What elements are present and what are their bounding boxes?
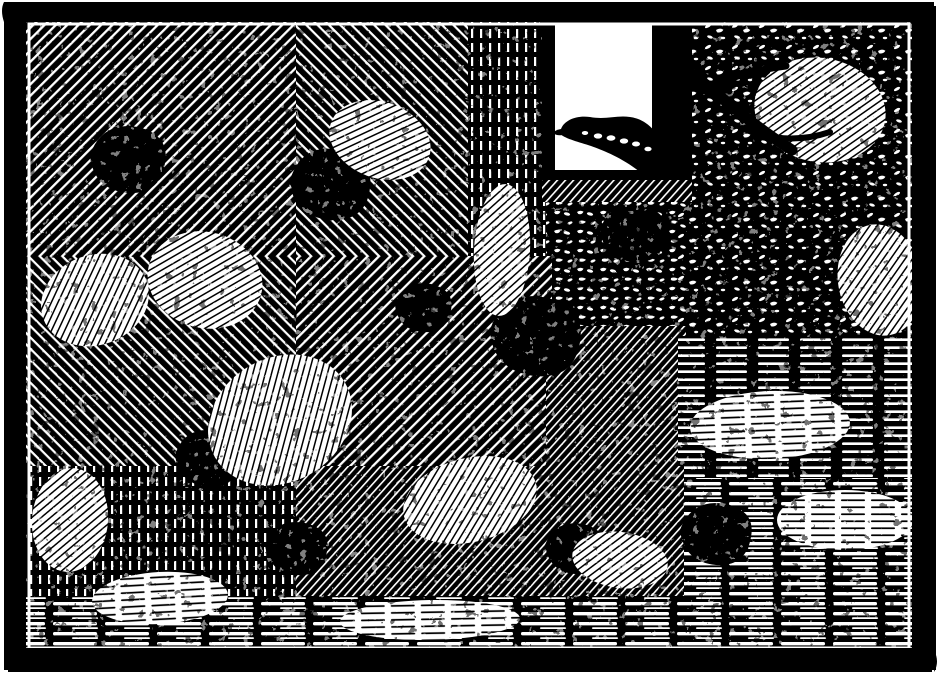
- woodcut-figure: Dark, densely cross-hatched interior of …: [0, 0, 938, 675]
- black-grain-noise: [26, 22, 914, 652]
- window-sill: [542, 170, 692, 180]
- sill-hatching: [542, 180, 692, 202]
- woodcut-scene: Dark, densely cross-hatched interior of …: [0, 0, 938, 675]
- engraving-page: Dark, densely cross-hatched interior of …: [0, 0, 938, 675]
- window-group: [542, 12, 692, 202]
